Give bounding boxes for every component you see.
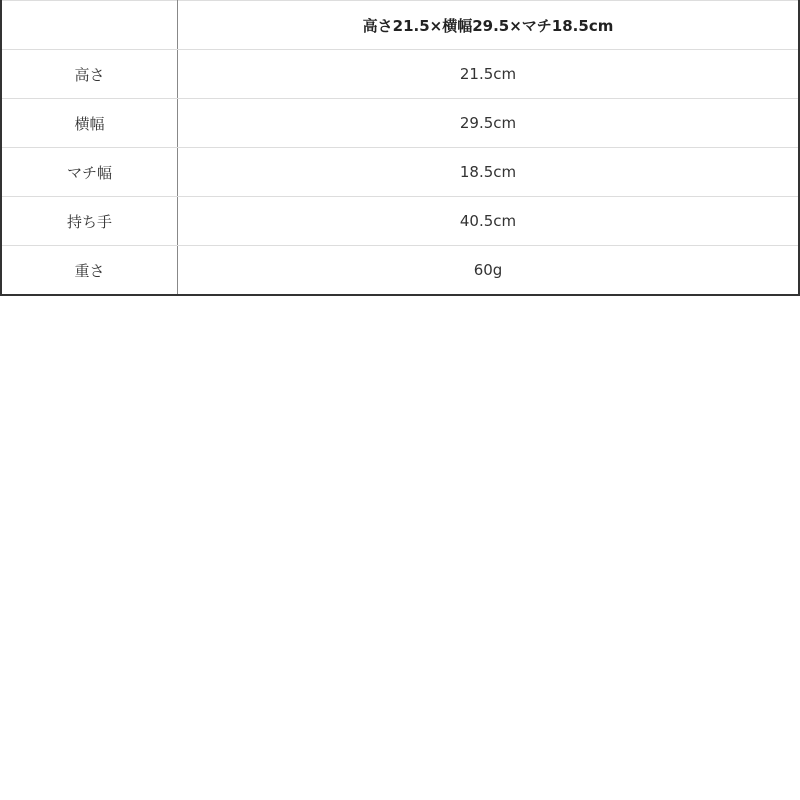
- row-value: 29.5cm: [178, 99, 800, 148]
- row-value: 21.5cm: [178, 50, 800, 99]
- header-label-cell: [1, 1, 178, 50]
- table-row: 高さ 21.5cm: [1, 50, 799, 99]
- row-value: 60g: [178, 246, 800, 296]
- row-label: 横幅: [1, 99, 178, 148]
- row-value: 40.5cm: [178, 197, 800, 246]
- row-value: 18.5cm: [178, 148, 800, 197]
- table-row: 重さ 60g: [1, 246, 799, 296]
- header-value-cell: 高さ21.5×横幅29.5×マチ18.5cm: [178, 1, 800, 50]
- table-row: 持ち手 40.5cm: [1, 197, 799, 246]
- table-row: 横幅 29.5cm: [1, 99, 799, 148]
- size-spec-table: 高さ21.5×横幅29.5×マチ18.5cm 高さ 21.5cm 横幅 29.5…: [0, 0, 800, 296]
- row-label: 持ち手: [1, 197, 178, 246]
- row-label: マチ幅: [1, 148, 178, 197]
- table-row: マチ幅 18.5cm: [1, 148, 799, 197]
- row-label: 重さ: [1, 246, 178, 296]
- row-label: 高さ: [1, 50, 178, 99]
- table-header-row: 高さ21.5×横幅29.5×マチ18.5cm: [1, 1, 799, 50]
